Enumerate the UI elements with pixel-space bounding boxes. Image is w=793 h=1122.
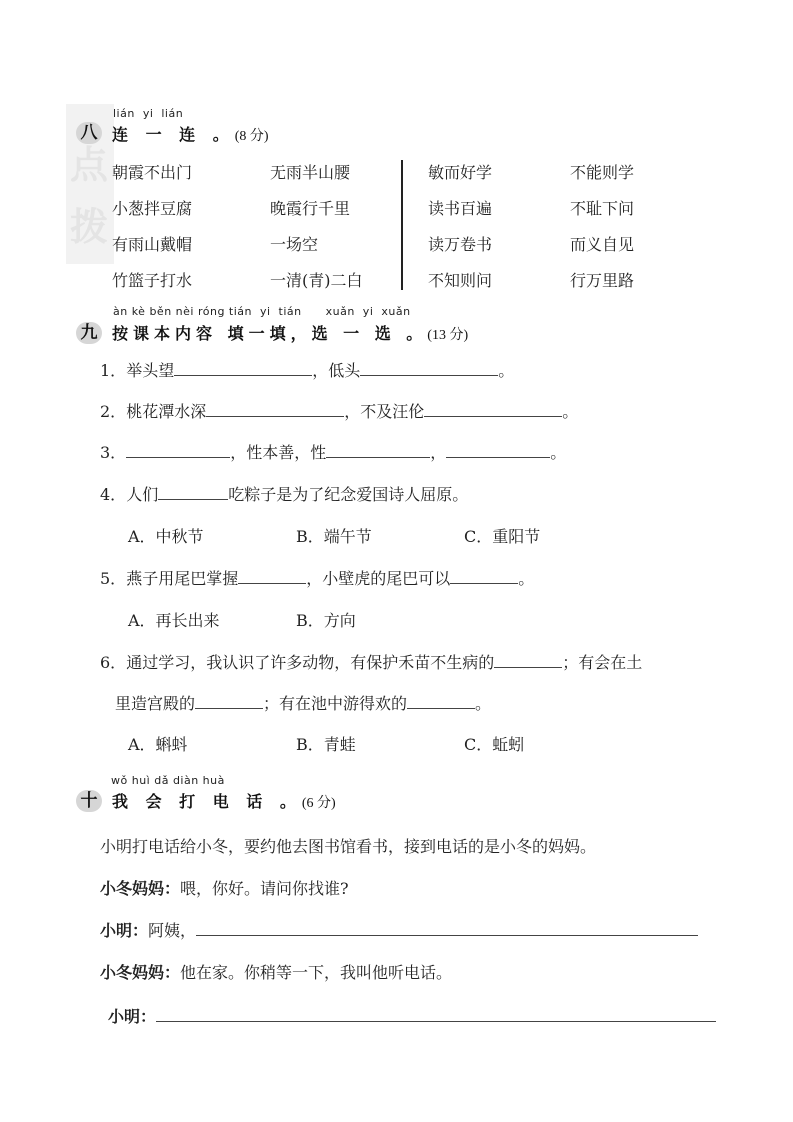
question-text: 吃粽子是为了纪念爱国诗人屈原。 (228, 485, 468, 504)
section8-badge: 八 (76, 122, 102, 144)
section9-score: (13 分) (427, 328, 468, 343)
dialogue-line-1: 小冬妈妈：喂，你好。请问你找谁? (100, 876, 349, 899)
question-text: ，低头 (312, 361, 360, 380)
question-1: 1．举头望，低头。 (100, 358, 514, 381)
match-item[interactable]: 而义自见 (570, 232, 634, 255)
option-a[interactable]: A．中秋节 (128, 524, 204, 547)
option-c[interactable]: C．重阳节 (464, 524, 540, 547)
answer-blank[interactable] (195, 694, 263, 709)
speaker-name: 小冬妈妈： (100, 963, 180, 982)
question-text: ，不及汪伦 (344, 402, 424, 421)
answer-blank[interactable] (446, 443, 550, 458)
question-4: 4．人们吃粽子是为了纪念爱国诗人屈原。 (100, 482, 468, 505)
dialogue-line-4: 小明： (108, 1004, 716, 1027)
dialogue-line-3: 小冬妈妈：他在家。你稍等一下，我叫他听电话。 (100, 960, 452, 983)
option-b[interactable]: B．青蛙 (296, 732, 356, 755)
speaker-name: 小明： (100, 921, 148, 940)
question-text: ，性本善，性 (230, 443, 326, 462)
match-item[interactable]: 读书百遍 (428, 196, 492, 219)
section10-title: 我 会 打 电 话 。(6 分) (112, 789, 336, 812)
option-b[interactable]: B．方向 (296, 608, 356, 631)
question-text: 里造宫殿的 (115, 694, 195, 713)
answer-blank[interactable] (407, 694, 475, 709)
question-text: 桃花潭水深 (126, 402, 206, 421)
section10-pinyin: wǒ huì dǎ diàn huà (111, 774, 225, 787)
question-2: 2．桃花潭水深，不及汪伦。 (100, 399, 578, 422)
section10-score: (6 分) (302, 796, 336, 811)
section8-pinyin: lián yi lián (113, 107, 183, 120)
question-6-line2: 里造宫殿的；有在池中游得欢的。 (115, 691, 491, 714)
question-number: 3． (100, 443, 126, 462)
answer-blank[interactable] (238, 569, 306, 584)
option-a[interactable]: A．蝌蚪 (128, 732, 188, 755)
match-item[interactable]: 小葱拌豆腐 (112, 196, 192, 219)
answer-blank[interactable] (450, 569, 518, 584)
question-text: ；有会在土 (562, 653, 642, 672)
answer-blank[interactable] (494, 653, 562, 668)
dialogue-text: 阿姨， (148, 921, 196, 940)
match-item[interactable]: 不耻下问 (570, 196, 634, 219)
question-6: 6．通过学习，我认识了许多动物，有保护禾苗不生病的；有会在土 (100, 650, 642, 673)
question-text: 燕子用尾巴掌握 (126, 569, 238, 588)
match-item[interactable]: 不能则学 (570, 160, 634, 183)
question-text: 举头望 (126, 361, 174, 380)
question-3: 3．，性本善，性，。 (100, 440, 566, 463)
watermark-char: 拨 (70, 196, 108, 251)
punctuation: 。 (518, 569, 534, 588)
match-item[interactable]: 行万里路 (570, 268, 634, 291)
answer-blank[interactable] (158, 485, 228, 500)
match-item[interactable]: 无雨半山腰 (270, 160, 350, 183)
question-number: 2． (100, 402, 126, 421)
dialogue-text: 他在家。你稍等一下，我叫他听电话。 (180, 963, 452, 982)
section9-title: 按课本内容 填一填，选 一 选 。(13 分) (112, 321, 468, 344)
dialogue-text: 喂，你好。请问你找谁? (180, 879, 349, 898)
section10-title-text: 我 会 打 电 话 。 (112, 792, 302, 811)
option-b[interactable]: B．端午节 (296, 524, 372, 547)
question-number: 4． (100, 485, 126, 504)
question-number: 1． (100, 361, 126, 380)
answer-blank[interactable] (206, 402, 344, 417)
section9-badge: 九 (76, 322, 102, 344)
question-text: 人们 (126, 485, 158, 504)
punctuation: 。 (475, 694, 491, 713)
match-item[interactable]: 有雨山戴帽 (112, 232, 192, 255)
question-text: ，小壁虎的尾巴可以 (306, 569, 450, 588)
dialogue-intro: 小明打电话给小冬，要约他去图书馆看书，接到电话的是小冬的妈妈。 (100, 834, 596, 857)
section9-pinyin: àn kè běn nèi róng tián yi tián xuǎn yi … (113, 305, 411, 318)
answer-blank[interactable] (126, 443, 230, 458)
match-item[interactable]: 不知则问 (428, 268, 492, 291)
punctuation: 。 (550, 443, 566, 462)
answer-blank[interactable] (326, 443, 430, 458)
section8-title-text: 连 一 连 。 (112, 125, 235, 144)
question-5: 5．燕子用尾巴掌握，小壁虎的尾巴可以。 (100, 566, 534, 589)
column-divider (401, 160, 403, 290)
match-item[interactable]: 朝霞不出门 (112, 160, 192, 183)
answer-blank[interactable] (196, 921, 698, 936)
section8-score: (8 分) (235, 129, 269, 144)
option-c[interactable]: C．蚯蚓 (464, 732, 524, 755)
match-item[interactable]: 读万卷书 (428, 232, 492, 255)
question-number: 6． (100, 653, 126, 672)
speaker-name: 小明： (108, 1007, 156, 1026)
answer-blank[interactable] (156, 1007, 716, 1022)
answer-blank[interactable] (174, 361, 312, 376)
answer-blank[interactable] (424, 402, 562, 417)
match-item[interactable]: 一清(青)二白 (270, 268, 363, 291)
punctuation: ， (430, 443, 446, 462)
match-item[interactable]: 竹篮子打水 (112, 268, 192, 291)
punctuation: 。 (562, 402, 578, 421)
option-a[interactable]: A．再长出来 (128, 608, 220, 631)
punctuation: 。 (498, 361, 514, 380)
dialogue-line-2: 小明：阿姨， (100, 918, 698, 941)
match-item[interactable]: 一场空 (270, 232, 318, 255)
answer-blank[interactable] (360, 361, 498, 376)
section9-title-text: 按课本内容 填一填，选 一 选 。 (112, 324, 427, 343)
speaker-name: 小冬妈妈： (100, 879, 180, 898)
section8-title: 连 一 连 。(8 分) (112, 122, 269, 145)
question-text: 通过学习，我认识了许多动物，有保护禾苗不生病的 (126, 653, 494, 672)
match-item[interactable]: 晚霞行千里 (270, 196, 350, 219)
section10-badge: 十 (76, 790, 102, 812)
question-text: ；有在池中游得欢的 (263, 694, 407, 713)
match-item[interactable]: 敏而好学 (428, 160, 492, 183)
question-number: 5． (100, 569, 126, 588)
